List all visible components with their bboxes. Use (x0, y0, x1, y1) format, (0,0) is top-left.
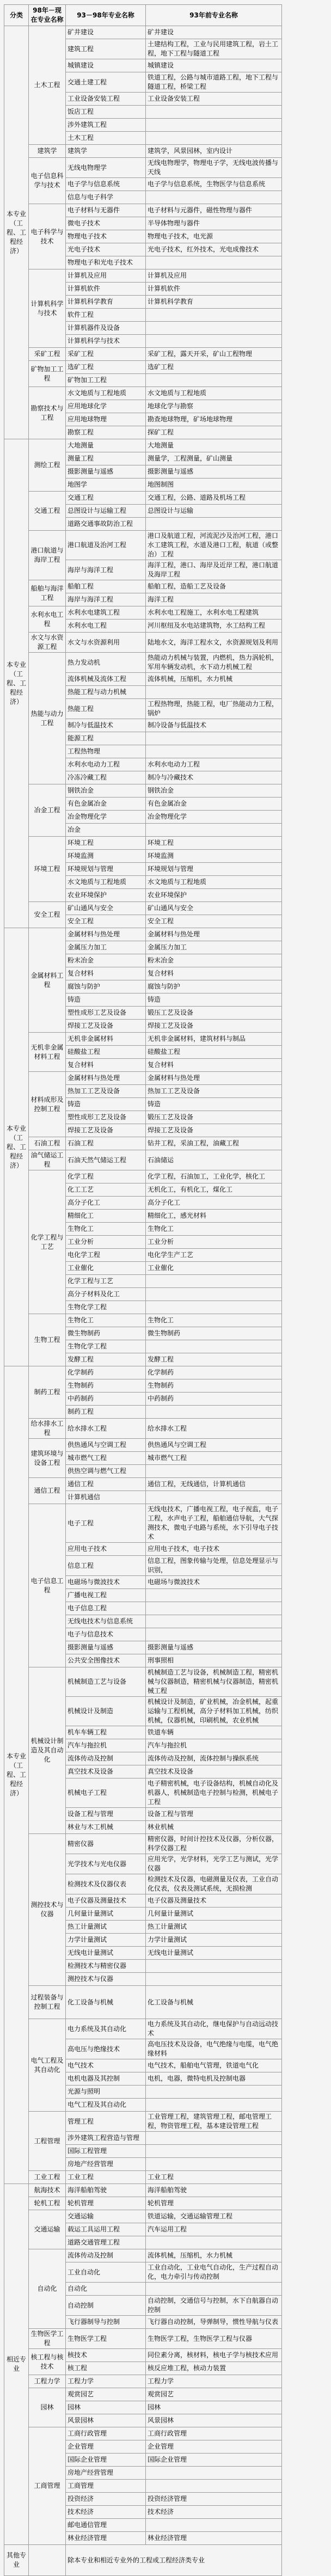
major-pre93-cell: 大地测量 (146, 439, 282, 452)
major-93-98-cell: 电子工程 (66, 1504, 146, 1543)
major-93-98-cell: 涉外建筑工程营造与管理 (66, 2132, 146, 2145)
major-93-98-cell: 复合材料 (66, 1059, 146, 1072)
major-93-98-cell: 广播电视工程 (66, 1589, 146, 1602)
major-pre93-cell: 水利水电工程施工，水利水电工程建筑 (146, 606, 282, 620)
major-pre93-cell: 计算机科学教育 (146, 296, 282, 309)
major-93-98-cell: 林业与木工机械 (66, 1821, 146, 1834)
major-93-98-cell: 核技术 (66, 2349, 146, 2362)
major-pre93-cell: 计算机及应用 (146, 269, 282, 283)
table-row: 安全工程矿山通风与安全矿山通风与安全 (4, 902, 282, 915)
major-pre93-cell (146, 2236, 282, 2249)
major-93-98-cell: 化学工程与工艺 (66, 1275, 146, 1288)
major-pre93-cell: 高电压技术及设备，电气绝缘与电缆，电气绝缘材料 (146, 2039, 282, 2059)
major-pre93-cell: 流体机械，压缩机，水力机械 (146, 2249, 282, 2262)
major-93-98-cell: 飞行器制导与控制 (66, 2316, 146, 2329)
table-row: 园林观赏园艺观赏园艺 (4, 2388, 282, 2401)
major-pre93-cell: 企业管理 (146, 2440, 282, 2454)
major-pre93-cell (146, 1465, 282, 1478)
major-93-98-cell: 石油天然气储运工程 (66, 1150, 146, 1170)
major-93-98-cell: 工商管理 (66, 2480, 146, 2493)
major-93-98-cell: 信息工程 (66, 1556, 146, 1576)
table-row: 无机非金属材料工程无机非金属材料无机非金属材料，建筑材料与制品 (4, 1033, 282, 1046)
major-pre93-cell: 国际企业管理 (146, 2454, 282, 2467)
major-93-98-cell: 采矿工程 (66, 348, 146, 361)
major-pre93-cell (146, 1589, 282, 1602)
major-pre93-cell (146, 335, 282, 348)
major-93-98-cell: 设备工程与管理 (66, 1808, 146, 1821)
table-row: 本专业（工程、工程经济）土木工程矿井建设矿井建设 (4, 26, 282, 39)
major-93-98-cell: 无线电计量测试 (66, 1947, 146, 1960)
major-93-98-cell: 农业环境保护 (66, 889, 146, 902)
major-93-98-cell: 水文地质与工程地质 (66, 387, 146, 400)
major-pre93-cell (146, 2099, 282, 2112)
major-93-98-cell: 海岸与海洋工程 (66, 593, 146, 606)
major-pre93-cell (146, 732, 282, 745)
major-pre93-cell: 选矿工程 (146, 361, 282, 374)
major-93-98-cell: 金属材料与热处理 (66, 928, 146, 941)
major-pre93-cell: 城市燃气工程 (146, 1452, 282, 1465)
major-pre93-cell (146, 1628, 282, 1641)
major-pre93-cell: 矿山通风与安全 (146, 902, 282, 915)
major-pre93-cell: 同位素分离，核材料，核电子学与核技术应用 (146, 2349, 282, 2362)
major-pre93-cell: 汽车与拖拉机 (146, 1739, 282, 1752)
major-group-cell: 园林 (29, 2388, 66, 2427)
major-group-cell: 油气储运工程 (29, 1150, 66, 1170)
major-93-98-cell: 电磁场与微波技术 (66, 1576, 146, 1589)
major-93-98-cell: 供热空调与燃气工程 (66, 1465, 146, 1478)
major-93-98-cell: 水文地质与工程地质 (66, 876, 146, 889)
table-row: 交通工程交通工程交通工程，公路、道路及机场工程 (4, 492, 282, 505)
major-pre93-cell (146, 2132, 282, 2145)
table-row: 化学工程与工艺化学工程化学工程，石油加工，工业化学，核化工 (4, 1170, 282, 1183)
major-93-98-cell: 轮机管理 (66, 2197, 146, 2210)
major-group-cell: 无机非金属材料工程 (29, 1033, 66, 1072)
major-93-98-cell: 电力系统及其自动化 (66, 2019, 146, 2039)
major-93-98-cell: 环境工程 (66, 837, 146, 850)
major-93-98-cell: 水文与水资源利用 (66, 633, 146, 653)
major-group-cell: 勘察技术与工程 (29, 387, 66, 439)
major-pre93-cell: 工程热物理，热能工程，电厂热能动力工程，锅炉 (146, 699, 282, 719)
major-group-cell: 工程力学 (29, 2375, 66, 2388)
major-93-98-cell: 电机电器及其控制 (66, 2072, 146, 2086)
major-group-cell: 制药工程 (29, 1366, 66, 1419)
major-group-cell: 建筑环境与设备工程 (29, 1439, 66, 1478)
major-93-98-cell: 国际企业管理 (66, 2454, 146, 2467)
major-pre93-cell (146, 2283, 282, 2296)
major-93-98-cell: 通信工程 (66, 1478, 146, 1491)
major-pre93-cell: 铁道车辆 (146, 1726, 282, 1739)
major-pre93-cell: 钢铁冶金 (146, 784, 282, 798)
major-pre93-cell (146, 256, 282, 269)
major-pre93-cell: 海洋工程 (146, 593, 282, 606)
major-pre93-cell: 工业管理工程，建筑管理工程，邮电管理工程，物资管理工程，基本建设管理工程 (146, 2112, 282, 2132)
major-pre93-cell: 水利水电动力工程 (146, 758, 282, 771)
major-pre93-cell: 工业设备安装工程 (146, 93, 282, 106)
major-group-cell: 化学工程与工艺 (29, 1170, 66, 1314)
major-pre93-cell (146, 745, 282, 758)
major-pre93-cell: 生物化工 (146, 1223, 282, 1236)
major-93-98-cell: 铸造 (66, 993, 146, 1007)
major-pre93-cell: 工商行政管理 (146, 2427, 282, 2440)
major-93-98-cell: 电子信息工程 (66, 1602, 146, 1615)
major-93-98-cell: 腐蚀与防护 (66, 980, 146, 993)
major-pre93-cell: 金属材料与热处理 (146, 928, 282, 941)
table-row: 本专业（工程、工程经济）金属材料工程金属材料与热处理金属材料与热处理 (4, 928, 282, 941)
major-93-98-cell: 观赏园艺 (66, 2388, 146, 2401)
major-93-98-cell: 公共安全图像技术 (66, 1654, 146, 1667)
header-pre-93-name: 93年前专业名称 (146, 5, 282, 26)
table-row: 核工程与核技术核技术同位素分离，核材料，核电子学与核技术应用 (4, 2349, 282, 2362)
table-row: 水文与水资源工程水文与水资源利用陆地水文，海洋工程水文，水资源规划及利用 (4, 633, 282, 653)
major-93-98-cell: 钢铁冶金 (66, 784, 146, 798)
major-pre93-cell: 摄影测量与遥感 (146, 465, 282, 479)
major-93-98-cell: 信息与电子科学 (66, 191, 146, 204)
major-pre93-cell: 几何量计量测试 (146, 1908, 282, 1921)
major-pre93-cell: 电机，电器，微特电机及控制电器 (146, 2072, 282, 2086)
major-pre93-cell (146, 106, 282, 119)
major-group-cell: 港口航道与海岸工程 (29, 531, 66, 580)
major-pre93-cell: 无机非金属材料，建筑材料与制品 (146, 1033, 282, 1046)
major-93-98-cell: 精细化工 (66, 1210, 146, 1223)
major-93-98-cell: 电子材料与无器件 (66, 204, 146, 217)
major-93-98-cell: 国际工程管理 (66, 2145, 146, 2158)
major-pre93-cell: 测量学，工程测量，矿山测量 (146, 452, 282, 465)
major-group-cell: 生物医学工程 (29, 2329, 66, 2349)
major-pre93-cell: 微生物制药 (146, 1327, 282, 1340)
major-pre93-cell: 物理电子技术，电光源 (146, 230, 282, 243)
major-pre93-cell: 检测技术及仪器，电磁测量及仪表，工业自动化仪表，仪表及测试系统，无损检测 (146, 1874, 282, 1894)
major-93-98-cell: 计算机科学与技术 (66, 335, 146, 348)
major-group-cell: 航海技术 (29, 2184, 66, 2197)
major-93-98-cell: 地图学 (66, 479, 146, 492)
major-pre93-cell: 光电子技术，红外技术，光电成像技术 (146, 243, 282, 256)
major-pre93-cell (146, 518, 282, 531)
major-pre93-cell: 铸造 (146, 993, 282, 1007)
major-93-98-cell: 工程力学 (66, 2375, 146, 2388)
major-93-98-cell: 汽车与拖拉机 (66, 1739, 146, 1752)
major-pre93-cell: 技术经济 (146, 2506, 282, 2519)
major-group-cell: 土木工程 (29, 26, 66, 145)
table-row: 本专业（工程、工程经济）制药工程化学制药化学制药 (4, 1366, 282, 1379)
major-pre93-cell: 工业工程 (146, 2171, 282, 2184)
major-pre93-cell: 复合材料 (146, 1059, 282, 1072)
table-row: 轮机工程轮机管理轮机管理 (4, 2197, 282, 2210)
major-pre93-cell: 腐蚀与防护 (146, 980, 282, 993)
table-row: 相近专业航海技术海洋船舶驾驶海洋船舶驾驶 (4, 2184, 282, 2197)
major-pre93-cell (146, 1491, 282, 1504)
major-93-98-cell: 生物制药 (66, 1379, 146, 1393)
major-93-98-cell: 塑性成形工艺及设备 (66, 1007, 146, 1020)
major-93-98-cell: 应用地球物理 (66, 413, 146, 426)
major-group-cell: 交通工程 (29, 492, 66, 531)
major-93-98-cell: 力学计量测试 (66, 1934, 146, 1947)
major-93-98-cell: 核工程 (66, 2362, 146, 2375)
major-group-cell: 自动化 (29, 2249, 66, 2329)
major-93-98-cell: 矿物加工工程 (66, 374, 146, 387)
major-pre93-cell: 力学计量测试 (146, 1934, 282, 1947)
major-pre93-cell: 计算机软件 (146, 283, 282, 296)
major-93-98-cell: 铸造 (66, 1098, 146, 1111)
major-93-98-cell: 热力发动机 (66, 653, 146, 673)
major-pre93-cell (146, 824, 282, 837)
major-group-cell: 工商管理 (29, 2427, 66, 2545)
major-group-cell: 核工程与核技术 (29, 2349, 66, 2375)
major-pre93-cell (146, 2158, 282, 2171)
table-row: 工商管理工商行政管理工商行政管理 (4, 2427, 282, 2440)
major-pre93-cell: 电化学生产工艺 (146, 1249, 282, 1262)
table-row: 材料成形及控制工程金属材料与热处理金属材料与热处理 (4, 1072, 282, 1085)
major-pre93-cell: 铸造 (146, 1098, 282, 1111)
major-pre93-cell: 给水排水工程 (146, 1419, 282, 1439)
major-93-98-cell: 测控技术与仪器 (66, 1973, 146, 1986)
major-93-98-cell: 化学工程 (66, 1170, 146, 1183)
page: 分类 98年－现在专业名称 93－98年专业名称 93年前专业名称 本专业（工程… (0, 4, 331, 2576)
major-pre93-cell: 汽车运用工程 (146, 2223, 282, 2236)
major-93-98-cell: 自动控制 (66, 2296, 146, 2316)
major-pre93-cell (146, 1288, 282, 1301)
major-pre93-cell: 无线电物理学，物理电子学，无线电波传播与天线 (146, 158, 282, 178)
major-pre93-cell: 金属压力加工 (146, 941, 282, 954)
major-pre93-cell: 半导体物理与器件 (146, 217, 282, 230)
major-group-cell: 生物工程 (29, 1314, 66, 1366)
major-93-98-cell: 工业工程 (66, 2171, 146, 2184)
major-pre93-cell: 中药制药 (146, 1393, 282, 1406)
major-pre93-cell: 船舶工程，造船工艺及设备 (146, 580, 282, 593)
table-row: 机械设计制造及其自动化机械制造工艺与设备机械制造工艺与设备，机械制造工程，精密机… (4, 1667, 282, 1697)
major-93-98-cell: 中药制药 (66, 1393, 146, 1406)
major-93-98-cell: 港口航道及治河工程 (66, 531, 146, 560)
major-pre93-cell (146, 1960, 282, 1973)
major-93-98-cell: 计算机科学教育 (66, 296, 146, 309)
major-93-98-cell: 工程热物理 (66, 745, 146, 758)
major-93-98-cell: 林业经济管理 (66, 2532, 146, 2545)
major-93-98-cell: 电化学工程 (66, 1249, 146, 1262)
major-pre93-cell: 电气技术，船舶电气管理，铁道电气化 (146, 2059, 282, 2072)
table-row: 本专业（工程、工程经济）测绘工程大地测量大地测量 (4, 439, 282, 452)
major-pre93-cell: 化工设备与机械 (146, 1986, 282, 2019)
major-pre93-cell: 设备工程与管理 (146, 1808, 282, 1821)
major-93-98-cell: 工业设备安装工程 (66, 93, 146, 106)
major-93-98-cell: 生物医学工程 (66, 2329, 146, 2349)
major-pre93-cell (146, 1406, 282, 1419)
major-pre93-cell (146, 1602, 282, 1615)
major-93-98-cell: 风景园林 (66, 2414, 146, 2427)
major-pre93-cell: 工业催化 (146, 1262, 282, 1275)
major-93-98-cell: 塑性成形工艺及设备 (66, 1111, 146, 1124)
table-row: 勘察技术与工程水文地质与工程地质水文地质与工程地质 (4, 387, 282, 400)
major-group-cell: 矿物加工工程 (29, 361, 66, 387)
table-row: 电子信息科学与技术无线电物理学无线电物理学，物理电子学，无线电波传播与天线 (4, 158, 282, 178)
major-93-98-cell: 高分子材料及化工 (66, 1288, 146, 1301)
major-pre93-cell (146, 2480, 282, 2493)
major-93-98-cell: 无线电技术与信息系统 (66, 1615, 146, 1628)
major-93-98-cell: 制药工程 (66, 1406, 146, 1419)
major-pre93-cell: 钻井工程，采油工程，油藏工程 (146, 1137, 282, 1150)
category-cell: 本专业（工程、工程经济） (4, 928, 29, 1366)
table-row: 矿物加工工程选矿工程选矿工程 (4, 361, 282, 374)
major-93-98-cell: 建筑工程 (66, 39, 146, 59)
major-93-98-cell: 化学制药 (66, 1366, 146, 1379)
header-current-name: 98年－现在专业名称 (29, 5, 66, 26)
major-pre93-cell: 环境监测 (146, 850, 282, 863)
major-pre93-cell: 风景园林 (146, 2414, 282, 2427)
major-pre93-cell: 精细化工，感光材料 (146, 1210, 282, 1223)
major-pre93-cell (146, 2467, 282, 2480)
major-pre93-cell: 总图设计与运输 (146, 505, 282, 518)
major-pre93-cell (146, 374, 282, 387)
major-93-98-cell: 邮电通信管理 (66, 2519, 146, 2532)
major-93-98-cell: 载运工具运用工程 (66, 2223, 146, 2236)
category-cell: 本专业（工程、工程经济） (4, 1366, 29, 2184)
major-pre93-cell: 应用电子技术，电子技术 (146, 1543, 282, 1556)
major-93-98-cell: 焊接工艺及设备 (66, 1020, 146, 1033)
major-93-98-cell: 应用电子技术 (66, 1543, 146, 1556)
major-93-98-cell: 流体传动及控制 (66, 2249, 146, 2262)
major-93-98-cell: 机械设计及制造 (66, 1697, 146, 1726)
major-pre93-cell: 高分子化工 (146, 1197, 282, 1210)
major-pre93-cell (146, 1973, 282, 1986)
major-93-98-cell: 工商行政管理 (66, 2427, 146, 2440)
major-pre93-cell: 电力系统及其自动化，继电保护与自动远动技术 (146, 2019, 282, 2039)
major-group-cell: 建筑学 (29, 145, 66, 158)
major-pre93-cell: 流体传动及控制，流体控制与操纵系统 (146, 1752, 282, 1765)
major-93-98-cell: 水利水电工程 (66, 620, 146, 633)
major-pre93-cell: 农业环境保护 (146, 889, 282, 902)
major-pre93-cell: 工程力学 (146, 2375, 282, 2388)
major-93-98-cell: 生物化学工程 (66, 1340, 146, 1353)
major-93-98-cell: 流体传动及控制 (66, 1752, 146, 1765)
major-pre93-cell: 电子精密机械，电子设备结构，机械自动化及机器人，机械制造电子控制与检测，机械电子… (146, 1778, 282, 1808)
major-93-98-cell: 勘察工程 (66, 426, 146, 439)
major-pre93-cell (146, 1615, 282, 1628)
major-group-cell: 电子科学与技术 (29, 204, 66, 269)
major-93-98-cell: 工业催化 (66, 1262, 146, 1275)
category-cell: 相近专业 (4, 2184, 29, 2545)
major-group-cell: 冶金工程 (29, 784, 66, 837)
major-group-cell: 交通运输 (29, 2210, 66, 2249)
major-pre93-cell: 应用光学，光学材料，光学工艺与测试，光学仪器 (146, 1854, 282, 1874)
table-row: 电子科学与技术电子材料与无器件电子材料与元器件，磁性物理与器件 (4, 204, 282, 217)
major-pre93-cell: 地球化学与勘察 (146, 400, 282, 413)
major-group-cell: 材料成形及控制工程 (29, 1072, 66, 1137)
major-93-98-cell: 计算机器件及设备 (66, 322, 146, 335)
table-row: 电气工程及其自动化电力系统及其自动化电力系统及其自动化，继电保护与自动远动技术 (4, 2019, 282, 2039)
major-93-98-cell: 光学技术与光电仪器 (66, 1854, 146, 1874)
major-pre93-cell (146, 132, 282, 145)
major-93-98-cell: 冶金物理化学 (66, 811, 146, 824)
major-93-98-cell: 投资经济 (66, 2493, 146, 2506)
major-pre93-cell: 地图制图 (146, 479, 282, 492)
major-93-98-cell: 工业自动化 (66, 2262, 146, 2283)
major-93-98-cell: 管理工程 (66, 2112, 146, 2132)
major-pre93-cell: 热工计量测试 (146, 1921, 282, 1934)
major-93-98-cell: 检测技术与精密仪器 (66, 1960, 146, 1973)
major-pre93-cell (146, 309, 282, 322)
major-93-98-cell: 真空技术及设备 (66, 1765, 146, 1778)
major-93-98-cell: 工业分析 (66, 1236, 146, 1249)
major-pre93-cell: 锻压工艺及设备 (146, 1007, 282, 1020)
major-pre93-cell: 无线电计量测试 (146, 1947, 282, 1960)
major-93-98-cell: 热加工工艺及设备 (66, 1085, 146, 1098)
category-cell: 其他专业 (4, 2545, 29, 2576)
major-pre93-cell (146, 1275, 282, 1288)
major-pre93-cell: 陆地水文，海洋工程水文，水资源规划及利用 (146, 633, 282, 653)
major-pre93-cell: 观赏园艺 (146, 2388, 282, 2401)
major-93-98-cell: 金属压力加工 (66, 941, 146, 954)
major-93-98-cell: 测量工程 (66, 452, 146, 465)
major-93-98-cell: 企业管理 (66, 2440, 146, 2454)
major-pre93-cell: 焊接工艺及设备 (146, 1124, 282, 1137)
major-93-98-cell: 有色金属冶金 (66, 798, 146, 811)
major-93-98-cell: 道路交通管理工程 (66, 2236, 146, 2249)
major-93-98-cell: 制冷与低温技术 (66, 719, 146, 732)
major-pre93-cell: 发酵工程 (146, 1353, 282, 1366)
table-row: 交通运输交通运输铁道运输，交通运输管理工程 (4, 2210, 282, 2223)
category-cell: 本专业（工程、工程经济） (4, 26, 29, 439)
major-pre93-cell: 供热通风与空调工程 (146, 1439, 282, 1452)
major-pre93-cell: 自动控制，交通信号与控制，水下自航器自动控制 (146, 2296, 282, 2316)
major-93-98-cell: 电子仪器及测量技术 (66, 1894, 146, 1908)
major-93-98-cell: 饭店工程 (66, 106, 146, 119)
major-pre93-cell: 生物制药 (146, 1379, 282, 1393)
table-row: 采矿工程采矿工程采矿工程，露天开采，矿山工程物理 (4, 348, 282, 361)
major-pre93-cell: 冶金物理化学 (146, 811, 282, 824)
major-pre93-cell (146, 686, 282, 699)
table-row: 建筑学建筑学建筑学，风景园林，室内设计 (4, 145, 282, 158)
major-pre93-cell: 河川枢纽及水电站建筑物，水工结构工程 (146, 620, 282, 633)
major-93-98-cell: 高分子化工 (66, 1197, 146, 1210)
major-93-98-cell: 无机非金属材料 (66, 1033, 146, 1046)
major-pre93-cell: 制冷设备与低温技术 (146, 719, 282, 732)
major-93-98-cell: 高电压与绝缘技术 (66, 2039, 146, 2059)
table-row: 热能与动力工程热力发动机热能动力机械与装置，内燃机，热力涡轮机，军用车辆发动机，… (4, 653, 282, 673)
major-pre93-cell: 水文地质与工程地质 (146, 876, 282, 889)
major-pre93-cell: 园林 (146, 2401, 282, 2414)
major-pre93-cell: 生物化工 (146, 1314, 282, 1327)
major-group-cell: 船舶与海洋工程 (29, 580, 66, 606)
major-93-98-cell: 矿山通风与安全 (66, 902, 146, 915)
header-row: 分类 98年－现在专业名称 93－98年专业名称 93年前专业名称 (4, 5, 282, 26)
major-93-98-cell: 矿井建设 (66, 26, 146, 39)
major-pre93-cell: 真空技术及设备 (146, 1765, 282, 1778)
major-93-98-cell: 技术经济 (66, 2506, 146, 2519)
major-group-cell: 轮机工程 (29, 2197, 66, 2210)
major-pre93-cell (146, 2519, 282, 2532)
major-93-98-cell: 房地产经营管理 (66, 2158, 146, 2171)
major-pre93-cell: 机械设计及制造，矿业机械，冶金机械，起重运输与工程机械，高分子材料加工机械，纺织… (146, 1697, 282, 1726)
major-pre93-cell: 电子仪器及测量技术 (146, 1894, 282, 1908)
major-93-98-cell: 光源与照明 (66, 2086, 146, 2099)
major-93-98-cell: 生物化工 (66, 1223, 146, 1236)
major-pre93-cell (146, 1340, 282, 1353)
table-row: 给水排水工程给水排水工程给水排水工程 (4, 1419, 282, 1439)
table-row: 港口航道与海岸工程港口航道及治河工程港口及航道工程，河流泥沙及治河工程，港口水工… (4, 531, 282, 560)
major-pre93-cell: 交通工程，公路、道路及机场工程 (146, 492, 282, 505)
major-pre93-cell: 信息工程，图象传输与处理，信息处理显示与识别， (146, 1556, 282, 1576)
major-pre93-cell: 石油储运 (146, 1150, 282, 1170)
major-93-98-cell: 水利水电动力工程 (66, 758, 146, 771)
major-pre93-cell: 探矿工程 (146, 426, 282, 439)
major-pre93-cell: 工业分析 (146, 1236, 282, 1249)
major-pre93-cell: 电子材料与元器件，磁性物理与器件 (146, 204, 282, 217)
major-93-98-cell: 海洋船舶驾驶 (66, 2184, 146, 2197)
header-category: 分类 (4, 5, 29, 26)
major-group-cell: 测控技术与仪器 (29, 1834, 66, 1986)
major-pre93-cell (146, 322, 282, 335)
major-pre93-cell: 轮机管理 (146, 2197, 282, 2210)
major-pre93-cell: 采矿工程，露天开采，矿山工程物理 (146, 348, 282, 361)
major-93-98-cell: 选矿工程 (66, 361, 146, 374)
